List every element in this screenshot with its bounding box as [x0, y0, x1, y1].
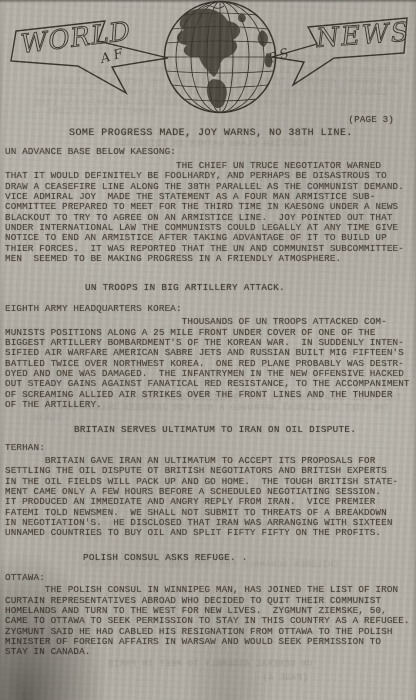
south-america-shape [207, 79, 227, 108]
article-dateline: TERHAN: [0, 443, 416, 453]
news-title: NEWS [314, 17, 411, 54]
article-body: THE POLISH CONSUL IN WINNIPEG MAN, HAS J… [0, 585, 416, 657]
article-dateline: EIGHTH ARMY HEADQUARTERS KOREA: [0, 304, 416, 314]
masthead-graphic: WORLD AF NEWS PS [0, 0, 416, 114]
article-subheadline: UN TROOPS IN BIG ARTILLERY ATTACK. [85, 283, 416, 293]
article-artillery-attack: UN TROOPS IN BIG ARTILLERY ATTACK. EIGHT… [0, 283, 416, 410]
article-body: BRITAIN GAVE IRAN AN ULTIMATUM TO ACCEPT… [0, 456, 416, 539]
article-subheadline: POLISH CONSUL ASKS REFUGE. . [83, 553, 416, 563]
page-number-label: (PAGE 3) [0, 115, 416, 125]
lightning-banner-right: NEWS PS [266, 17, 412, 85]
bleedthrough-text: TOKYO [2, 413, 92, 423]
lightning-banner-left: WORLD AF [11, 17, 168, 93]
article-polish-consul: POLISH CONSUL ASKS REFUGE. . OTTAWA: THE… [0, 553, 416, 658]
article-body: THOUSANDS OF UN TROOPS ATTACKED COM- MUN… [0, 317, 416, 410]
article-kaesong-truce: UN ADVANCE BASE BELOW KAESONG: THE CHIEF… [0, 147, 416, 265]
north-america-shape [177, 8, 240, 77]
article-dateline: UN ADVANCE BASE BELOW KAESONG: [0, 147, 416, 157]
article-iran-oil-dispute: BRITAIN SERVES ULTIMATUM TO IRAN ON OIL … [0, 425, 416, 538]
main-headline: SOME PROGRESS MADE, JOY WARNS, NO 38TH L… [69, 129, 416, 139]
article-dateline: OTTAWA: [0, 573, 416, 583]
article-subheadline: BRITAIN SERVES ULTIMATUM TO IRAN ON OIL … [74, 425, 416, 435]
bleedthrough-text: UN GENERAL ASSEMBLY TO MEET IN PARIS [72, 659, 348, 669]
bleedthrough-text: (PAGE 4) [250, 673, 320, 683]
globe-icon [165, 1, 276, 113]
newsletter-page: WORLD AF NEWS PS [0, 0, 416, 700]
article-body: THE CHIEF UN TRUCE NEGOTIATOR WARNED THA… [0, 161, 416, 264]
